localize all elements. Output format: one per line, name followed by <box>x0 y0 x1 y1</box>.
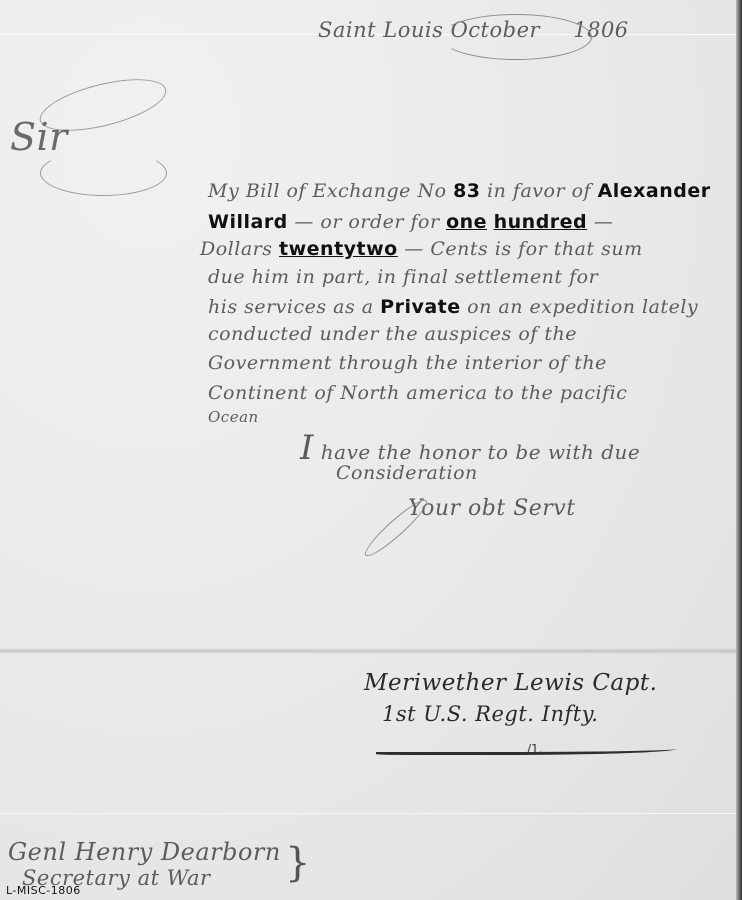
addressee-brace: } <box>285 840 310 886</box>
body-text: his services as a <box>208 296 380 318</box>
addressee-name: Genl Henry Dearborn <box>8 838 281 866</box>
signature-name: Meriwether Lewis Capt. <box>364 670 657 696</box>
dateline-flourish <box>440 14 592 60</box>
service-rank: Private <box>380 296 460 318</box>
signature-title: 1st U.S. Regt. Infty. <box>382 702 598 726</box>
body-line-6: conducted under the auspices of the <box>208 323 577 345</box>
closing-line-3: Your obt Servt <box>408 496 576 521</box>
payee-last-name: Willard <box>208 211 288 233</box>
body-text: in favor of <box>481 180 598 202</box>
body-line-9: Ocean <box>208 408 259 426</box>
body-line-1: My Bill of Exchange No 83 in favor of Al… <box>208 180 711 202</box>
archive-label: L-MISC-1806 <box>6 884 81 897</box>
body-line-8: Continent of North america to the pacifi… <box>208 382 627 404</box>
body-text: — or order for <box>288 211 446 233</box>
amount-cents: twentytwo <box>279 238 398 260</box>
body-text: on an expedition lately <box>461 296 699 318</box>
paper-fold <box>0 648 742 654</box>
body-text: — Cents is for that sum <box>398 238 643 260</box>
body-text: Dollars <box>200 238 279 260</box>
payee-first-name: Alexander <box>598 180 711 202</box>
body-text: — <box>587 211 613 233</box>
page-edge-shadow <box>736 0 742 900</box>
body-line-7: Government through the interior of the <box>208 352 607 374</box>
closing-line-2: Consideration <box>336 462 478 484</box>
body-line-4: due him in part, in final settlement for <box>208 266 598 288</box>
amount-dollars-word1: one <box>446 211 487 233</box>
body-line-3: Dollars twentytwo — Cents is for that su… <box>200 238 643 260</box>
scan-line <box>0 813 742 814</box>
body-text: My Bill of Exchange No <box>208 180 447 202</box>
closing-flourish <box>360 495 432 562</box>
amount-dollars-word2: hundred <box>494 211 588 233</box>
dateline-place: Saint Louis <box>318 18 443 42</box>
signature-mark: /1. <box>527 742 543 756</box>
closing-initial: I <box>300 428 314 468</box>
letter-page: Saint Louis October 1806 Sir My Bill of … <box>0 0 742 900</box>
signature-underline <box>376 745 676 755</box>
bill-number: 83 <box>453 180 480 202</box>
closing-text: have the honor to be with due <box>314 440 640 464</box>
body-line-5: his services as a Private on an expediti… <box>208 296 698 318</box>
body-line-2: Willard — or order for one hundred — <box>208 211 613 233</box>
salutation: Sir <box>10 115 68 159</box>
